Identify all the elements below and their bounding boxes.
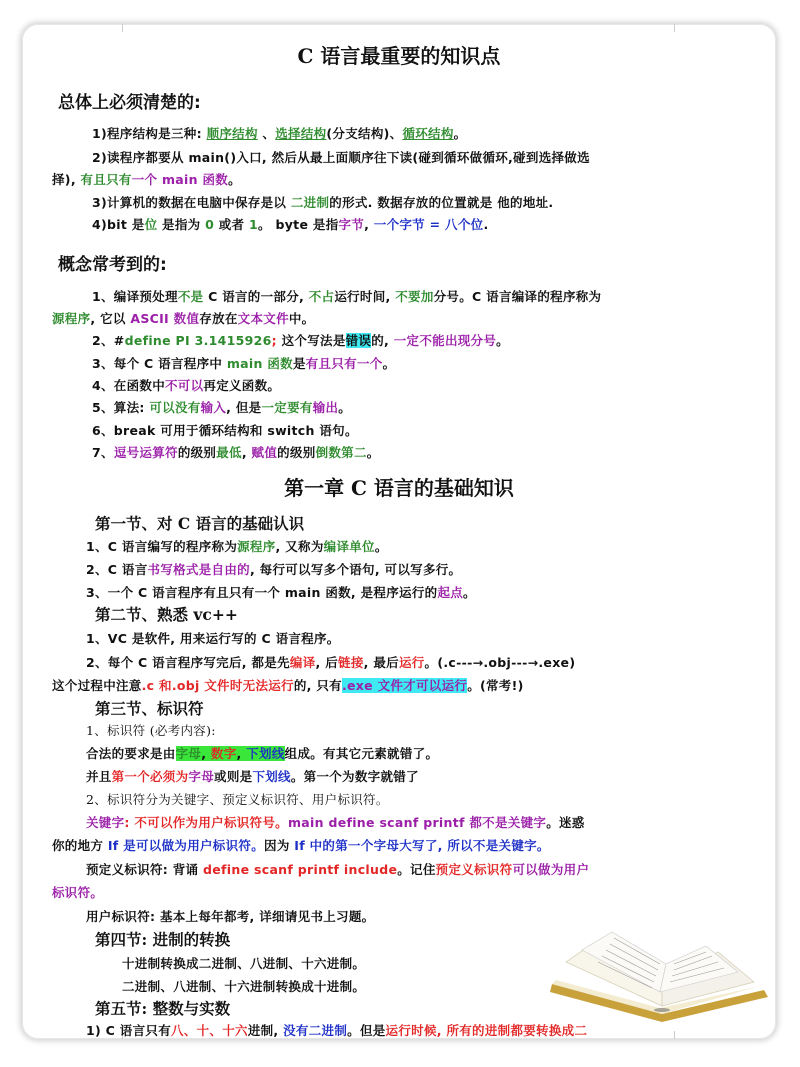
overview-item-2: 2)读程序都要从 main()入口, 然后从最上面顺序往下读(碰到循环做循环,碰… <box>92 148 590 166</box>
overview-item-3: 3)计算机的数据在电脑中保存是以 二进制的形式. 数据存放的位置就是 他的地址. <box>92 193 553 211</box>
s1-line-1: 1、C 语言编写的程序称为源程序, 又称为编译单位。 <box>86 537 388 555</box>
page-tick <box>122 24 123 32</box>
concept-4: 4、在函数中不可以再定义函数。 <box>92 376 280 394</box>
s1-line-2: 2、C 语言书写格式是自由的, 每行可以写多个语句, 可以写多行。 <box>86 560 461 578</box>
concepts-heading: 概念常考到的: <box>58 250 167 275</box>
s3-line-2: 合法的要求是由字母, 数字, 下划线组成。有其它元素就错了。 <box>86 744 438 762</box>
section-5-heading: 第五节: 整数与实数 <box>95 997 230 1019</box>
s5-line-1: 1) C 语言只有八、十、十六进制, 没有二进制。但是运行时候, 所有的进制都要… <box>86 1021 587 1039</box>
s3-line-3: 并且第一个必须为字母或则是下划线。第一个为数字就错了 <box>86 767 419 785</box>
document-title: C 语言最重要的知识点 <box>22 40 776 69</box>
page-tick <box>674 1031 675 1039</box>
concept-1-cont: 源程序, 它以 ASCII 数值存放在文本文件中。 <box>52 309 314 327</box>
overview-item-1: 1)程序结构是三种: 顺序结构 、选择结构(分支结构)、循环结构。 <box>92 124 466 142</box>
s3-line-1: 1、标识符 (必考内容): <box>86 721 216 739</box>
open-book-icon <box>542 922 772 1022</box>
concept-5: 5、算法: 可以没有输入, 但是一定要有输出。 <box>92 398 351 416</box>
section-1-heading: 第一节、对 C 语言的基础认识 <box>95 512 304 534</box>
page-tick <box>674 24 675 32</box>
s3-line-9: 用户标识符: 基本上每年都考, 详细请见书上习题。 <box>86 907 374 925</box>
s1-line-3: 3、一个 C 语言程序有且只有一个 main 函数, 是程序运行的起点。 <box>86 583 476 601</box>
s3-line-7: 预定义标识符: 背诵 define scanf printf include。记… <box>86 860 589 878</box>
concept-2: 2、#define PI 3.1415926; 这个写法是错误的, 一定不能出现… <box>92 331 509 349</box>
s3-line-6: 你的地方 If 是可以做为用户标识符。因为 If 中的第一个字母大写了, 所以不… <box>52 836 550 854</box>
overview-heading: 总体上必须清楚的: <box>58 88 201 113</box>
concept-7: 7、逗号运算符的级别最低, 赋值的级别倒数第二。 <box>92 443 380 461</box>
s2-line-3: 这个过程中注意.c 和.obj 文件时无法运行的, 只有.exe 文件才可以运行… <box>52 676 524 694</box>
concept-6: 6、break 可用于循环结构和 switch 语句。 <box>92 421 358 439</box>
s3-line-8: 标识符。 <box>52 883 103 901</box>
s3-line-5: 关键字: 不可以作为用户标识符号。main define scanf print… <box>86 813 585 831</box>
concept-1: 1、编译预处理不是 C 语言的一部分, 不占运行时间, 不要加分号。C 语言编译… <box>92 287 601 305</box>
s4-line-2: 二进制、八进制、十六进制转换成十进制。 <box>122 977 365 995</box>
concept-3: 3、每个 C 语言程序中 main 函数是有且只有一个。 <box>92 354 395 372</box>
overview-item-4: 4)bit 是位 是指为 0 或者 1。 byte 是指字节, 一个字节 = 八… <box>92 215 489 233</box>
s3-line-4: 2、标识符分为关键字、预定义标识符、用户标识符。 <box>86 790 389 808</box>
s2-line-1: 1、VC 是软件, 用来运行写的 C 语言程序。 <box>86 629 340 647</box>
s4-line-1: 十进制转换成二进制、八进制、十六进制。 <box>122 954 365 972</box>
overview-item-2-cont: 择), 有且只有一个 main 函数。 <box>52 170 241 188</box>
section-4-heading: 第四节: 进制的转换 <box>95 928 230 950</box>
document-page: C 语言最重要的知识点 总体上必须清楚的: 1)程序结构是三种: 顺序结构 、选… <box>22 24 776 1039</box>
s2-line-2: 2、每个 C 语言程序写完后, 都是先编译, 后链接, 最后运行。(.c---→… <box>86 653 575 671</box>
section-3-heading: 第三节、标识符 <box>95 697 204 719</box>
section-2-heading: 第二节、熟悉 vc++ <box>95 603 238 625</box>
chapter-1-heading: 第一章 C 语言的基础知识 <box>22 472 776 501</box>
